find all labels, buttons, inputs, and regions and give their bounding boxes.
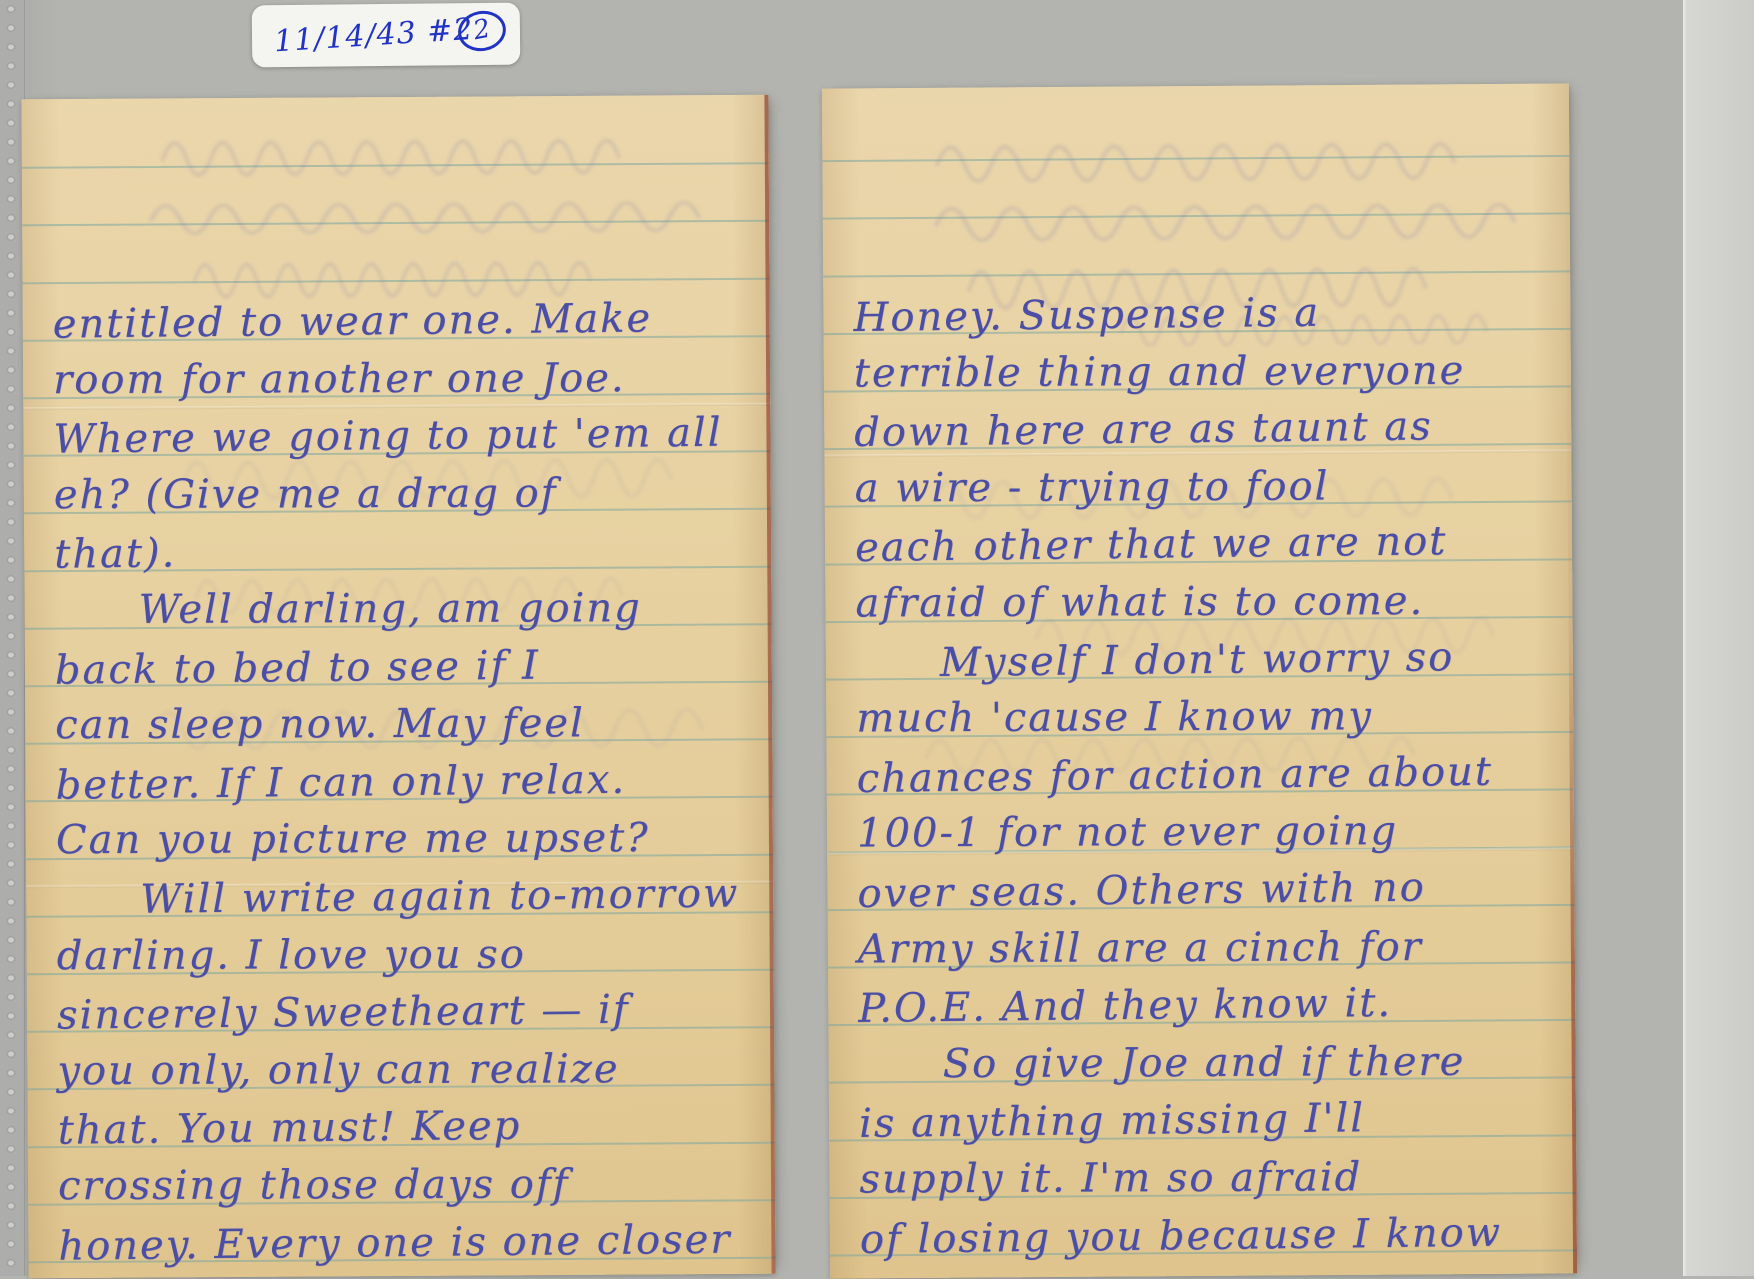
scanned-letter-photo: 11/14/43 #2 2 entitled to wear o (0, 0, 1754, 1276)
handwritten-line: can sleep now. May feel (55, 695, 764, 755)
handwritten-line: Army skill are a cinch for (858, 918, 1567, 979)
handwritten-line: afraid of what is to come. (855, 572, 1564, 633)
handwritten-line: much 'cause I know my (856, 688, 1565, 749)
handwritten-line: darling. I love you so (57, 925, 766, 985)
ink-bleed-through (41, 109, 742, 313)
handwritten-line: P.O.E. And they know it. (858, 973, 1568, 1039)
handwritten-line: down here are as taunt as (854, 397, 1564, 463)
handwritten-line: you only, only can realize (57, 1040, 766, 1100)
handwritten-line: that). (54, 520, 764, 585)
handwritten-line: eh? (Give me a drag of (54, 464, 763, 524)
handwritten-line: honey. Every one is one closer (58, 1211, 768, 1276)
handwritten-line: is anything missing I'll (859, 1088, 1569, 1154)
handwritten-line: chances for action are about (856, 743, 1566, 809)
handwritten-line: supply it. I'm so afraid (859, 1148, 1568, 1209)
handwritten-line: that. You must! Keep (57, 1096, 767, 1161)
handwritten-text: entitled to wear one. Make room for anot… (53, 291, 768, 1274)
scanner-edge-band (1683, 0, 1754, 1276)
handwritten-line: Where we going to put 'em all (53, 404, 763, 469)
label-date-text: 11/14/43 #2 (273, 12, 474, 59)
handwritten-line: Well darling, am going (54, 580, 763, 640)
handwritten-line: Can you picture me upset? (56, 810, 765, 870)
handwritten-line: a wire - trying to fool (855, 457, 1564, 518)
handwritten-text: Honey. Suspense is a terrible thing and … (853, 283, 1569, 1267)
handwritten-line: of losing you because I know (860, 1203, 1570, 1269)
handwritten-line: So give Joe and if there (859, 1033, 1568, 1094)
handwritten-line: Honey. Suspense is a (853, 282, 1563, 348)
handwritten-line: Myself I don't worry so (856, 627, 1566, 693)
handwritten-line: terrible thing and everyone (854, 342, 1563, 403)
handwritten-line: each other that we are not (855, 512, 1565, 578)
handwritten-line: back to bed to see if I (55, 635, 765, 700)
handwritten-line: better. If I can only relax. (55, 750, 765, 815)
handwritten-line: over seas. Others with no (857, 858, 1567, 924)
letter-page-left: entitled to wear one. Make room for anot… (21, 95, 775, 1276)
handwritten-line: entitled to wear one. Make (52, 289, 762, 354)
letter-page-right: Honey. Suspense is a terrible thing and … (822, 83, 1577, 1276)
archive-label: 11/14/43 #2 2 (252, 3, 521, 68)
handwritten-line: crossing those days off (58, 1156, 767, 1216)
handwritten-line: sincerely Sweetheart — if (57, 980, 767, 1045)
handwritten-line: room for another one Joe. (53, 349, 762, 409)
handwritten-line: Will write again to-morrow (56, 865, 766, 930)
handwritten-line: 100-1 for not ever going (857, 803, 1566, 864)
